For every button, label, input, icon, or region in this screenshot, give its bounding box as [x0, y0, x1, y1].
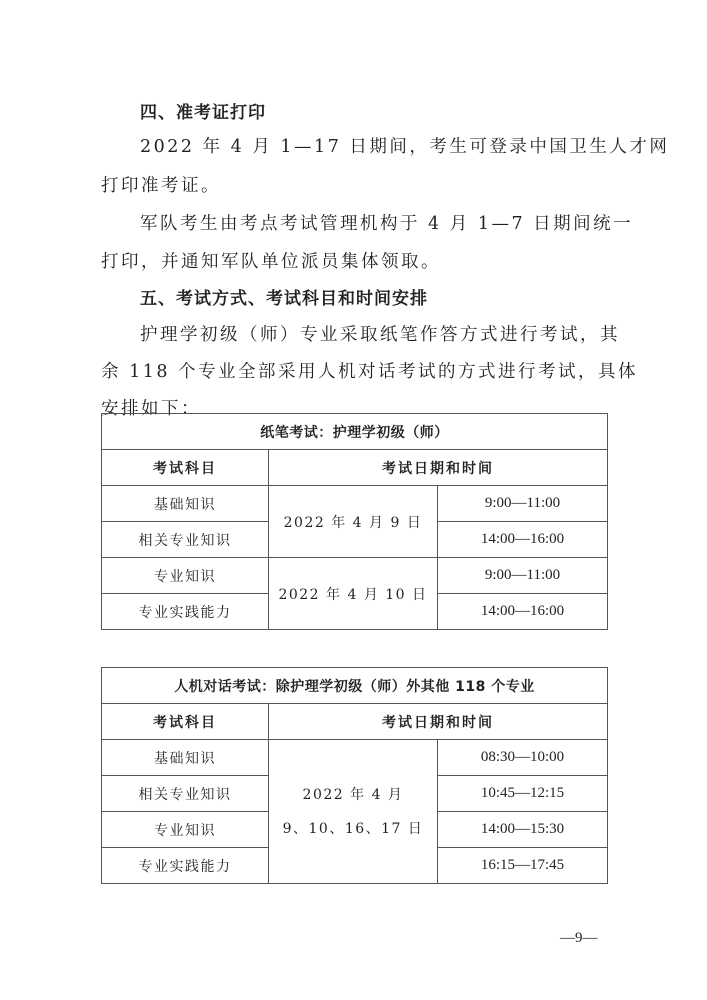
section-5-paragraph-line-2: 余 118 个专业全部采用人机对话考试的方式进行考试，具体	[101, 358, 638, 383]
date-line-1: 2022 年 4 月	[269, 778, 437, 812]
subject-cell: 专业知识	[102, 812, 269, 848]
section-4-heading: 四、准考证打印	[140, 98, 266, 123]
subject-cell: 专业知识	[102, 558, 269, 594]
subject-cell: 相关专业知识	[102, 522, 269, 558]
time-cell: 14:00—16:00	[438, 522, 608, 558]
time-cell: 10:45—12:15	[438, 776, 608, 812]
time-cell: 16:15—17:45	[438, 848, 608, 884]
time-cell: 08:30—10:00	[438, 740, 608, 776]
time-cell: 9:00—11:00	[438, 486, 608, 522]
section-5-heading: 五、考试方式、考试科目和时间安排	[140, 284, 428, 309]
subject-cell: 专业实践能力	[102, 594, 269, 630]
time-cell: 14:00—16:00	[438, 594, 608, 630]
column-header-subject: 考试科目	[102, 704, 269, 740]
date-cell: 2022 年 4 月 9、10、16、17 日	[269, 740, 438, 884]
subject-cell: 相关专业知识	[102, 776, 269, 812]
column-header-subject: 考试科目	[102, 450, 269, 486]
paper-exam-table-title: 纸笔考试：护理学初级（师）	[102, 414, 608, 450]
computer-exam-table: 人机对话考试：除护理学初级（师）外其他 118 个专业 考试科目 考试日期和时间…	[101, 667, 608, 884]
section-4-paragraph-1-line-2: 打印准考证。	[101, 172, 221, 197]
column-header-datetime: 考试日期和时间	[269, 450, 608, 486]
section-4-paragraph-2-line-2: 打印，并通知军队单位派员集体领取。	[101, 248, 441, 273]
date-cell: 2022 年 4 月 10 日	[269, 558, 438, 630]
table-row: 基础知识 2022 年 4 月 9 日 9:00—11:00	[102, 486, 608, 522]
time-cell: 9:00—11:00	[438, 558, 608, 594]
table-row: 基础知识 2022 年 4 月 9、10、16、17 日 08:30—10:00	[102, 740, 608, 776]
table-row: 专业知识 2022 年 4 月 10 日 9:00—11:00	[102, 558, 608, 594]
section-4-paragraph-2-line-1: 军队考生由考点考试管理机构于 4 月 1—7 日期间统一	[140, 210, 633, 235]
page-number: —9—	[560, 930, 598, 947]
subject-cell: 基础知识	[102, 740, 269, 776]
section-5-paragraph-line-1: 护理学初级（师）专业采取纸笔作答方式进行考试，其	[140, 321, 620, 346]
computer-exam-table-title: 人机对话考试：除护理学初级（师）外其他 118 个专业	[102, 668, 608, 704]
subject-cell: 专业实践能力	[102, 848, 269, 884]
column-header-datetime: 考试日期和时间	[269, 704, 608, 740]
paper-exam-table: 纸笔考试：护理学初级（师） 考试科目 考试日期和时间 基础知识 2022 年 4…	[101, 413, 608, 630]
time-cell: 14:00—15:30	[438, 812, 608, 848]
subject-cell: 基础知识	[102, 486, 269, 522]
date-line-2: 9、10、16、17 日	[269, 812, 437, 846]
date-cell: 2022 年 4 月 9 日	[269, 486, 438, 558]
section-4-paragraph-1-line-1: 2022 年 4 月 1—17 日期间，考生可登录中国卫生人才网	[140, 133, 669, 158]
